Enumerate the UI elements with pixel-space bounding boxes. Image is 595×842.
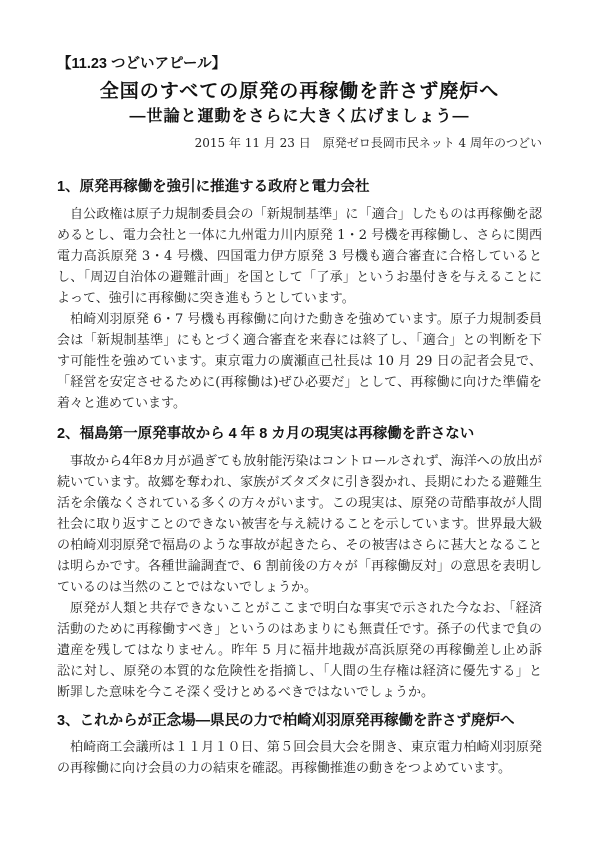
section-2-paragraph-1: 事故から4年8カ月が過ぎても放射能汚染はコントロールされず、海洋への放出が続いて… (57, 451, 542, 598)
section-kashiwazaki-decisive: 3、これからが正念場―県民の力で柏崎刈羽原発再稼働を許さず廃炉へ 柏崎商工会議所… (57, 712, 542, 780)
document-page: 【11.23 つどいアピール】 全国のすべての原発の再稼働を許さず廃炉へ ―世論… (0, 0, 595, 842)
section-heading-2: 2、福島第一原発事故から 4 年 8 カ月の現実は再稼働を許さない (57, 425, 542, 444)
section-fukushima-reality: 2、福島第一原発事故から 4 年 8 カ月の現実は再稼働を許さない 事故から4年… (57, 425, 542, 703)
section-heading-1: 1、原発再稼働を強引に推進する政府と電力会社 (57, 178, 542, 197)
section-3-paragraph-1: 柏崎商工会議所は１１月１０日、第５回会員大会を開き、東京電力柏崎刈羽原発の再稼働… (57, 737, 542, 779)
document-header: 【11.23 つどいアピール】 全国のすべての原発の再稼働を許さず廃炉へ ―世論… (57, 56, 542, 151)
section-restart-push: 1、原発再稼働を強引に推進する政府と電力会社 自公政権は原子力規制委員会の「新規… (57, 178, 542, 414)
section-1-paragraph-1: 自公政権は原子力規制委員会の「新規制基準」に「適合」したものは再稼働を認めるとし… (57, 204, 542, 309)
section-heading-3: 3、これからが正念場―県民の力で柏崎刈羽原発再稼働を許さず廃炉へ (57, 712, 542, 731)
document-title: 全国のすべての原発の再稼働を許さず廃炉へ (57, 80, 542, 105)
section-2-paragraph-2: 原発が人類と共存できないことがここまで明白な事実で示された今なお、「経済活動のた… (57, 598, 542, 703)
section-1-paragraph-2: 柏崎刈羽原発 6・7 号機も再稼働に向けた動きを強めています。原子力規制委員会は… (57, 309, 542, 414)
document-subtitle: ―世論と運動をさらに大きく広げましょう― (57, 107, 542, 128)
date-line: 2015 年 11 月 23 日 原発ゼロ長岡市民ネット 4 周年のつどい (57, 136, 542, 151)
appeal-tag: 【11.23 つどいアピール】 (57, 56, 542, 73)
